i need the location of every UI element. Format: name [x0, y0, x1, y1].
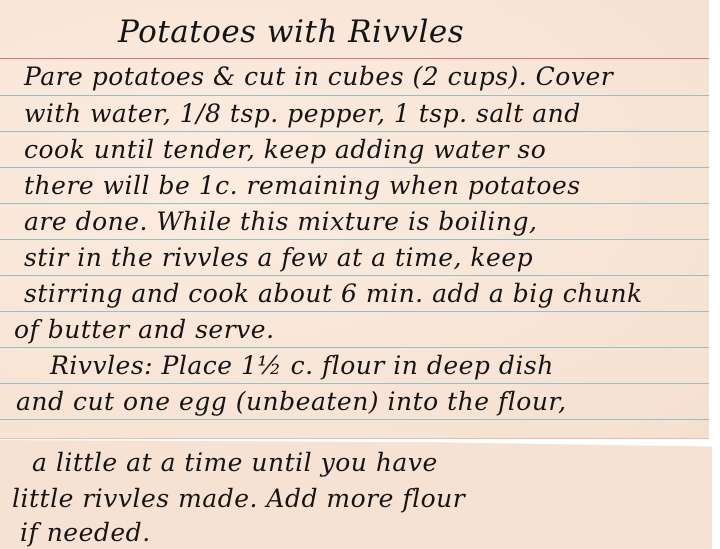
blue-rule — [0, 239, 709, 240]
recipe-title: Potatoes with Rivvles — [118, 14, 464, 50]
red-header-rule — [0, 58, 709, 59]
blue-rule — [0, 203, 709, 204]
recipe-card-top: Potatoes with Rivvles Pare potatoes & cu… — [0, 0, 709, 439]
recipe-line: a little at a time until you have — [32, 448, 438, 477]
blue-rule — [0, 275, 709, 276]
blue-rule — [0, 347, 709, 348]
blue-rule — [0, 95, 709, 96]
recipe-line: of butter and serve. — [14, 315, 275, 344]
blue-rule — [0, 383, 709, 384]
blue-rule — [0, 419, 709, 420]
recipe-line: cook until tender, keep adding water so — [24, 135, 546, 164]
recipe-line: stirring and cook about 6 min. add a big… — [24, 279, 643, 308]
recipe-line: with water, 1/8 tsp. pepper, 1 tsp. salt… — [24, 99, 581, 128]
rivvles-heading-line: Rivvles: Place 1½ c. flour in deep dish — [50, 351, 554, 380]
recipe-line: Pare potatoes & cut in cubes (2 cups). C… — [24, 62, 613, 91]
recipe-line: stir in the rivvles a few at a time, kee… — [24, 243, 533, 272]
blue-rule — [0, 311, 709, 312]
recipe-card-bottom: a little at a time until you have little… — [0, 440, 712, 549]
recipe-line: if needed. — [20, 518, 151, 547]
recipe-line: little rivvles made. Add more flour — [12, 484, 465, 513]
blue-rule — [0, 167, 709, 168]
recipe-line: are done. While this mixture is boiling, — [24, 207, 537, 236]
recipe-line: there will be 1c. remaining when potatoe… — [24, 171, 581, 200]
blue-rule — [0, 131, 709, 132]
recipe-line: and cut one egg (unbeaten) into the flou… — [16, 387, 567, 416]
